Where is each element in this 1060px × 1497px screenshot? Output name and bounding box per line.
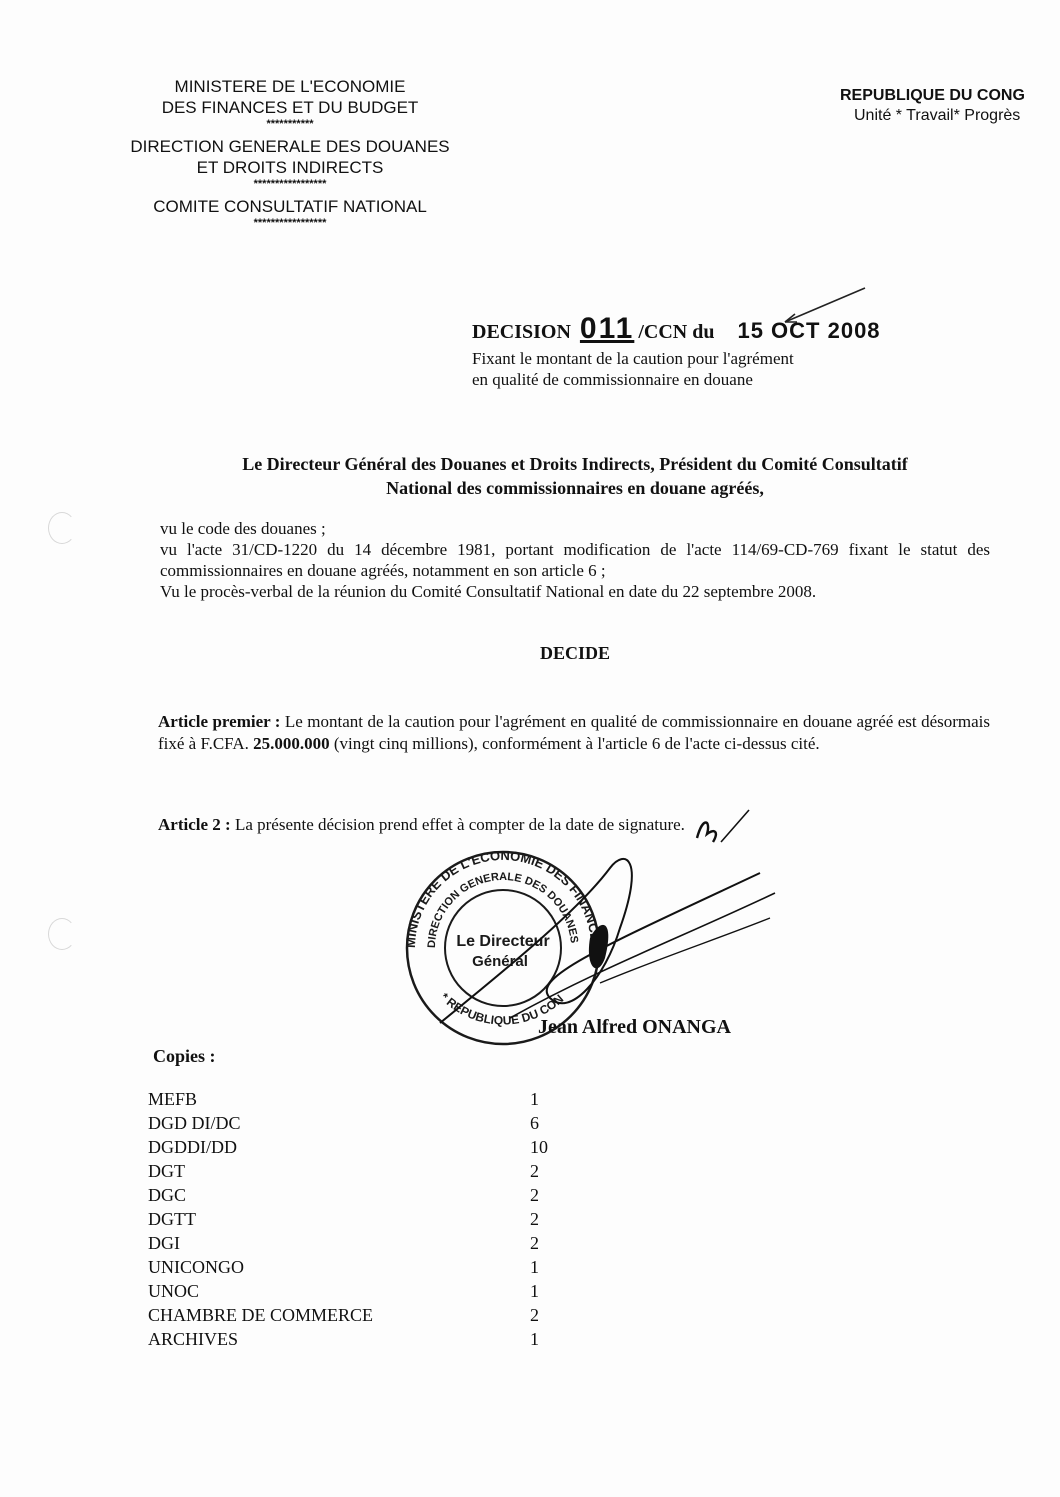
copies-table: MEFB1DGD DI/DC6DGDDI/DD10DGT2DGC2DGTT2DG… (148, 1087, 570, 1351)
table-row: DGDDI/DD10 (148, 1135, 570, 1159)
copy-count: 6 (530, 1111, 570, 1135)
table-row: DGD DI/DC6 (148, 1111, 570, 1135)
letterhead-right: REPUBLIQUE DU CONG Unité * Travail* Prog… (840, 86, 1060, 126)
separator: ***************** (110, 178, 470, 190)
copy-count: 1 (530, 1279, 570, 1303)
copy-recipient: DGDDI/DD (148, 1135, 530, 1159)
table-row: DGC2 (148, 1183, 570, 1207)
signatory-name: Jean Alfred ONANGA (538, 1016, 731, 1039)
considerant-item: Vu le procès-verbal de la réunion du Com… (160, 581, 990, 602)
punch-hole-mark (48, 918, 76, 950)
copy-recipient: DGI (148, 1231, 530, 1255)
subtitle-line2: en qualité de commissionnaire en douane (472, 369, 1012, 390)
table-row: MEFB1 (148, 1087, 570, 1111)
considerant-item: vu l'acte 31/CD-1220 du 14 décembre 1981… (160, 539, 990, 581)
table-row: ARCHIVES1 (148, 1327, 570, 1351)
table-row: UNOC1 (148, 1279, 570, 1303)
copy-recipient: UNICONGO (148, 1255, 530, 1279)
separator: ***************** (110, 217, 470, 229)
national-motto: Unité * Travail* Progrès (854, 106, 1060, 126)
committee-name: COMITE CONSULTATIF NATIONAL (110, 196, 470, 217)
bond-amount: 25.000.000 (253, 734, 330, 753)
table-row: CHAMBRE DE COMMERCE2 (148, 1303, 570, 1327)
copy-recipient: DGTT (148, 1207, 530, 1231)
copy-count: 2 (530, 1183, 570, 1207)
svg-text:Général: Général (472, 953, 528, 970)
republic-name: REPUBLIQUE DU CONG (840, 86, 1060, 106)
copy-recipient: DGD DI/DC (148, 1111, 530, 1135)
decision-number: 011 (576, 312, 638, 345)
table-row: DGTT2 (148, 1207, 570, 1231)
copy-count: 1 (530, 1087, 570, 1111)
separator: *********** (110, 118, 470, 130)
decision-label: DECISION (472, 321, 571, 343)
svg-text:Le Directeur: Le Directeur (456, 933, 549, 950)
copy-count: 2 (530, 1159, 570, 1183)
copy-count: 1 (530, 1327, 570, 1351)
subtitle-line1: Fixant le montant de la caution pour l'a… (472, 348, 1012, 369)
copy-count: 2 (530, 1207, 570, 1231)
decision-suffix: /CCN (638, 321, 687, 343)
decision-subtitle: Fixant le montant de la caution pour l'a… (472, 348, 1012, 390)
decide-heading: DECIDE (160, 643, 990, 664)
copy-recipient: CHAMBRE DE COMMERCE (148, 1303, 530, 1327)
document-page: MINISTERE DE L'ECONOMIE DES FINANCES ET … (0, 0, 1060, 1497)
copy-recipient: DGT (148, 1159, 530, 1183)
copy-count: 1 (530, 1255, 570, 1279)
copy-recipient: ARCHIVES (148, 1327, 530, 1351)
copy-count: 10 (530, 1135, 570, 1159)
ministry-line2: DES FINANCES ET DU BUDGET (110, 97, 470, 118)
initials-mark-icon (693, 806, 753, 846)
table-row: DGT2 (148, 1159, 570, 1183)
considerants-list: vu le code des douanes ; vu l'acte 31/CD… (160, 518, 990, 602)
preamble-line1: Le Directeur Général des Douanes et Droi… (160, 452, 990, 476)
considerant-item: vu le code des douanes ; (160, 518, 990, 539)
article-label: Article premier : (158, 712, 280, 731)
copy-count: 2 (530, 1303, 570, 1327)
copies-heading: Copies : (153, 1046, 608, 1067)
copy-count: 2 (530, 1231, 570, 1255)
decision-date-stamp: 15 OCT 2008 (737, 318, 880, 343)
preamble-line2: National des commissionnaires en douane … (160, 476, 990, 500)
copy-recipient: UNOC (148, 1279, 530, 1303)
article-text: La présente décision prend effet à compt… (231, 815, 685, 834)
directorate-line2: ET DROITS INDIRECTS (110, 157, 470, 178)
article-premier: Article premier : Le montant de la cauti… (158, 711, 990, 755)
letterhead-left: MINISTERE DE L'ECONOMIE DES FINANCES ET … (110, 76, 470, 235)
copy-recipient: MEFB (148, 1087, 530, 1111)
ministry-line1: MINISTERE DE L'ECONOMIE (110, 76, 470, 97)
preamble: Le Directeur Général des Douanes et Droi… (160, 452, 990, 500)
decision-title: DECISION 011/CCN du 15 OCT 2008 (472, 312, 1012, 346)
punch-hole-mark (48, 512, 76, 544)
article-text: (vingt cinq millions), conformément à l'… (330, 734, 820, 753)
decision-block: DECISION 011/CCN du 15 OCT 2008 Fixant l… (472, 312, 1012, 390)
table-row: UNICONGO1 (148, 1255, 570, 1279)
copy-recipient: DGC (148, 1183, 530, 1207)
decision-du: du (692, 321, 714, 343)
table-row: DGI2 (148, 1231, 570, 1255)
article-label: Article 2 : (158, 815, 231, 834)
copies-distribution: Copies : MEFB1DGD DI/DC6DGDDI/DD10DGT2DG… (148, 1046, 608, 1351)
directorate-line1: DIRECTION GENERALE DES DOUANES (110, 136, 470, 157)
article-2: Article 2 : La présente décision prend e… (158, 806, 990, 846)
